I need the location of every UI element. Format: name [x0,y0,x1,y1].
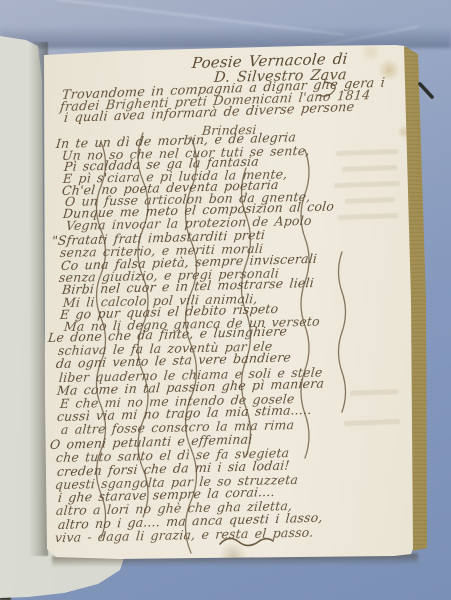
backdrop-shadow [0,26,451,48]
manuscript-photo: Poesie Vernacole di D. Silvestro Zava Tr… [0,0,451,600]
pen-mark [420,84,432,97]
